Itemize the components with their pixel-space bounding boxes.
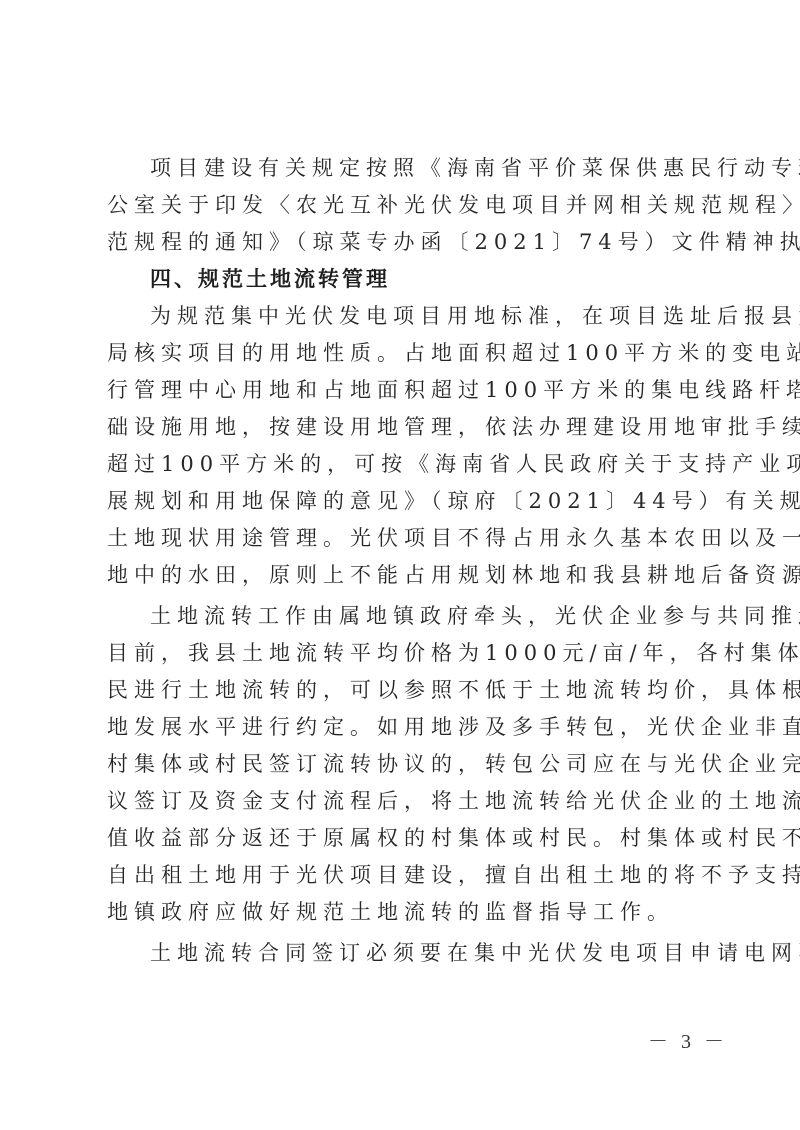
text-line: 项目建设有关规定按照《海南省平价菜保供惠民行动专班办 <box>150 153 750 183</box>
text-line: 地中的水田，原则上不能占用规划林地和我县耕地后备资源。 <box>107 560 707 590</box>
text-line: 土地现状用途管理。光伏项目不得占用永久基本农田以及一般耕 <box>107 523 707 553</box>
page-number: － 3 － <box>648 1025 728 1054</box>
text-line: 土地流转工作由属地镇政府牵头，光伏企业参与共同推进。 <box>150 601 750 631</box>
text-line: 地发展水平进行约定。如用地涉及多手转包，光伏企业非直接与 <box>107 712 707 742</box>
text-line: 超过100平方米的，可按《海南省人民政府关于支持产业项目发 <box>107 449 707 479</box>
text-line: 局核实项目的用地性质。占地面积超过100平方米的变电站及运 <box>107 338 707 368</box>
document-page: 项目建设有关规定按照《海南省平价菜保供惠民行动专班办 公室关于印发〈农光互补光伏… <box>0 0 800 1130</box>
section-heading: 四、规范土地流转管理 <box>150 264 750 294</box>
text-line: 行管理中心用地和占地面积超过100平方米的集电线路杆塔基 <box>107 375 707 405</box>
text-line: 公室关于印发〈农光互补光伏发电项目并网相关规范规程〉等规 <box>107 190 707 220</box>
text-line: 自出租土地用于光伏项目建设，擅自出租土地的将不予支持，属 <box>107 860 707 890</box>
text-line: 值收益部分返还于原属权的村集体或村民。村集体或村民不得擅 <box>107 823 707 853</box>
text-line: 展规划和用地保障的意见》（琼府〔2021〕44号）有关规定，按 <box>107 486 707 516</box>
text-line: 为规范集中光伏发电项目用地标准，在项目选址后报县资规 <box>150 301 750 331</box>
text-line: 村集体或村民签订流转协议的，转包公司应在与光伏企业完成协 <box>107 749 707 779</box>
text-line: 范规程的通知》（琼菜专办函〔2021〕74号）文件精神执行。 <box>107 227 707 257</box>
text-line: 地镇政府应做好规范土地流转的监督指导工作。 <box>107 897 707 927</box>
text-line: 础设施用地，按建设用地管理，依法办理建设用地审批手续，不 <box>107 412 707 442</box>
text-line: 土地流转合同签订必须要在集中光伏发电项目申请电网准 <box>150 938 750 968</box>
text-line: 目前，我县土地流转平均价格为1000元/亩/年，各村集体或村 <box>107 638 707 668</box>
text-line: 议签订及资金支付流程后，将土地流转给光伏企业的土地流转增 <box>107 786 707 816</box>
text-line: 民进行土地流转的，可以参照不低于土地流转均价，具体根据当 <box>107 675 707 705</box>
